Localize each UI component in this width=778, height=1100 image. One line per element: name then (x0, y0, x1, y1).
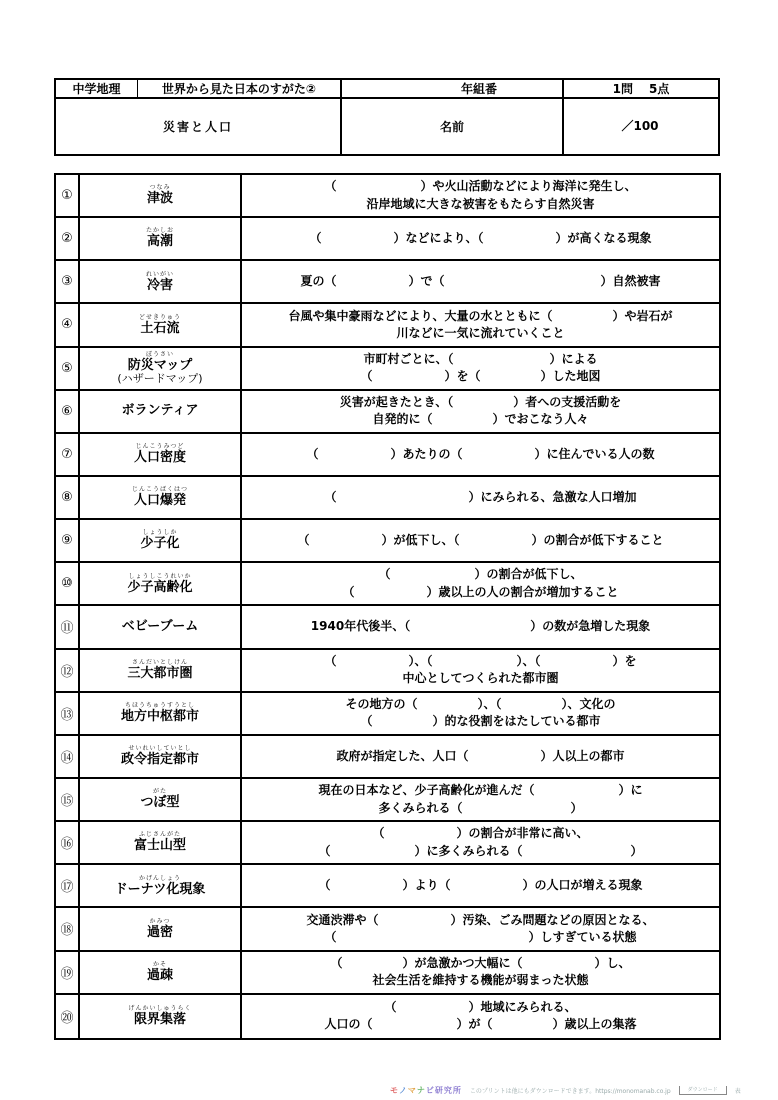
question-description[interactable]: 交通渋滞や（ ）汚染、ごみ問題などの原因となる、（ ）しすぎている状態 (242, 908, 719, 949)
question-number: ② (56, 218, 80, 259)
term-ruby: ぼうさい (146, 352, 174, 358)
question-term: がたつぼ型 (80, 779, 242, 820)
question-number: ⑦ (56, 434, 80, 475)
question-row: ②たかしお高潮（ ）などにより、（ ）が高くなる現象 (56, 218, 719, 261)
question-term: しょうしこうれいか少子高齢化 (80, 563, 242, 604)
question-description[interactable]: 政府が指定した、人口（ ）人以上の都市 (242, 736, 719, 777)
question-description[interactable]: 災害が起きたとき、（ ）者への支援活動を自発的に（ ）でおこなう人々 (242, 391, 719, 432)
term-label: 人口密度 (134, 451, 186, 465)
question-row: ⑬ちほうちゅうすうとし地方中枢都市その地方の（ ）、（ ）、文化の（ ）的な役割… (56, 693, 719, 736)
description-line: 中心としてつくられた都市圏 (402, 670, 558, 687)
description-line: 川などに一気に流れていくこと (396, 325, 564, 342)
score-field[interactable]: ／100 (564, 99, 718, 154)
unit-label: 世界から見た日本のすがた② (138, 80, 342, 99)
description-line: 災害が起きたとき、（ ）者への支援活動を (340, 394, 622, 411)
class-fields[interactable]: 年 組 番 (342, 80, 564, 99)
term-label: 三大都市圏 (127, 667, 192, 681)
question-term: ちほうちゅうすうとし地方中枢都市 (80, 693, 242, 734)
term-label: 地方中枢都市 (121, 710, 199, 724)
term-label: 高潮 (147, 235, 173, 249)
description-line: 人口の（ ）が（ ）歳以上の集落 (324, 1016, 636, 1033)
question-number: ⑫ (56, 650, 80, 691)
download-box: ダウンロード (679, 1086, 727, 1095)
description-line: 台風や集中豪雨などにより、大量の水とともに（ ）や岩石が (288, 308, 672, 325)
description-line: 多くみられる（ ） (378, 800, 582, 817)
term-label: 政令指定都市 (121, 753, 199, 767)
description-line: （ ）の割合が非常に高い、 (372, 825, 588, 842)
description-line: 自発的に（ ）でおこなう人々 (372, 411, 588, 428)
description-line: （ ）、（ ）、（ ）を (324, 653, 636, 670)
question-term: せいれいしていとし政令指定都市 (80, 736, 242, 777)
question-term: じんこうみつど人口密度 (80, 434, 242, 475)
description-line: （ ）あたりの（ ）に住んでいる人の数 (306, 446, 654, 463)
question-number: ④ (56, 304, 80, 345)
question-term: かみつ過密 (80, 908, 242, 949)
question-term: つなみ津波 (80, 175, 242, 216)
term-subtitle: (ハザードマップ) (117, 373, 202, 385)
question-number: ⑩ (56, 563, 80, 604)
question-term: どせきりゅう土石流 (80, 304, 242, 345)
question-description[interactable]: （ ）にみられる、急激な人口増加 (242, 477, 719, 518)
question-description[interactable]: （ ）などにより、（ ）が高くなる現象 (242, 218, 719, 259)
term-label: 冷害 (147, 279, 173, 293)
term-label: 土石流 (140, 322, 179, 336)
question-number: ⑲ (56, 952, 80, 993)
question-number: ⑨ (56, 520, 80, 561)
question-number: ⑯ (56, 822, 80, 863)
points-info: 1問 5点 (564, 80, 718, 99)
question-row: ③れいがい冷害夏の（ ）で（ ）自然被害 (56, 261, 719, 304)
footer: モノマナビ研究所 このプリントは他にもダウンロードできます。https://mo… (390, 1083, 770, 1097)
question-row: ⑫さんだいとしけん三大都市圏（ ）、（ ）、（ ）を中心としてつくられた都市圏 (56, 650, 719, 693)
question-row: ⑪ベビーブーム1940年代後半、（ ）の数が急増した現象 (56, 606, 719, 649)
year-label: 年 (461, 80, 473, 97)
number-label: 番 (485, 80, 497, 97)
question-number: ③ (56, 261, 80, 302)
description-line: （ ）に多くみられる（ ） (318, 843, 642, 860)
term-label: ベビーブーム (122, 620, 198, 634)
question-table: ①つなみ津波（ ）や火山活動などにより海洋に発生し、沿岸地域に大きな被害をもたら… (54, 173, 721, 1040)
question-description[interactable]: （ ）より（ ）の人口が増える現象 (242, 865, 719, 906)
question-description[interactable]: （ ）の割合が低下し、（ ）歳以上の人の割合が増加すること (242, 563, 719, 604)
term-label: 人口爆発 (134, 494, 186, 508)
worksheet-header: 中学地理 世界から見た日本のすがた② 年 組 番 1問 5点 災害と人口 名前 … (54, 78, 720, 156)
term-ruby: れいがい (146, 272, 174, 278)
question-number: ⑭ (56, 736, 80, 777)
term-label: 少子化 (140, 537, 179, 551)
description-line: （ ）や火山活動などにより海洋に発生し、 (324, 178, 636, 195)
question-row: ④どせきりゅう土石流台風や集中豪雨などにより、大量の水とともに（ ）や岩石が川な… (56, 304, 719, 347)
question-description[interactable]: （ ）が急激かつ大幅に（ ）し、社会生活を維持する機能が弱まった状態 (242, 952, 719, 993)
term-label: 防災マップ (128, 359, 192, 373)
question-term: さんだいとしけん三大都市圏 (80, 650, 242, 691)
question-number: ⑮ (56, 779, 80, 820)
description-line: （ ）にみられる、急激な人口増加 (324, 489, 636, 506)
question-description[interactable]: （ ）、（ ）、（ ）を中心としてつくられた都市圏 (242, 650, 719, 691)
term-ruby: かげんしょう (139, 876, 181, 882)
name-label: 名前 (440, 118, 464, 135)
question-description[interactable]: （ ）地域にみられる、人口の（ ）が（ ）歳以上の集落 (242, 995, 719, 1038)
question-description[interactable]: （ ）が低下し、（ ）の割合が低下すること (242, 520, 719, 561)
question-number: ⑰ (56, 865, 80, 906)
name-field[interactable]: 名前 (342, 99, 564, 154)
question-term: げんかいしゅうらく限界集落 (80, 995, 242, 1038)
per-question-label: 1問 (613, 80, 633, 97)
description-line: （ ）が低下し、（ ）の割合が低下すること (297, 532, 663, 549)
description-line: その地方の（ ）、（ ）、文化の (345, 696, 615, 713)
description-line: 社会生活を維持する機能が弱まった状態 (372, 972, 588, 989)
question-description[interactable]: （ ）の割合が非常に高い、（ ）に多くみられる（ ） (242, 822, 719, 863)
question-description[interactable]: 市町村ごとに、（ ）による（ ）を（ ）した地図 (242, 348, 719, 389)
question-row: ⑮がたつぼ型現在の日本など、少子高齢化が進んだ（ ）に多くみられる（ ） (56, 779, 719, 822)
class-label: 組 (473, 80, 485, 97)
term-label: 過密 (147, 926, 173, 940)
question-number: ⑳ (56, 995, 80, 1038)
question-row: ⑯ふじさんがた富士山型（ ）の割合が非常に高い、（ ）に多くみられる（ ） (56, 822, 719, 865)
description-line: （ ）しすぎている状態 (324, 929, 636, 946)
term-label: ボランティア (122, 404, 199, 418)
description-line: （ ）より（ ）の人口が増える現象 (318, 877, 642, 894)
question-number: ⑥ (56, 391, 80, 432)
question-term: ふじさんがた富士山型 (80, 822, 242, 863)
description-line: （ ）歳以上の人の割合が増加すること (342, 584, 618, 601)
brand-logo: モノマナビ研究所 (390, 1085, 462, 1096)
term-label: 少子高齢化 (127, 581, 192, 595)
description-line: 現在の日本など、少子高齢化が進んだ（ ）に (318, 782, 642, 799)
question-term: ぼうさい防災マップ(ハザードマップ) (80, 348, 242, 389)
page-title: 災害と人口 (56, 99, 342, 154)
question-number: ⑧ (56, 477, 80, 518)
description-line: 交通渋滞や（ ）汚染、ごみ問題などの原因となる、 (306, 912, 654, 929)
term-ruby: しょうしこうれいか (128, 574, 191, 580)
question-row: ⑳げんかいしゅうらく限界集落（ ）地域にみられる、人口の（ ）が（ ）歳以上の集… (56, 995, 719, 1038)
question-term: れいがい冷害 (80, 261, 242, 302)
term-ruby: どせきりゅう (139, 315, 181, 321)
question-row: ①つなみ津波（ ）や火山活動などにより海洋に発生し、沿岸地域に大きな被害をもたら… (56, 175, 719, 218)
page-side-label: 表 (735, 1086, 741, 1095)
question-row: ⑭せいれいしていとし政令指定都市政府が指定した、人口（ ）人以上の都市 (56, 736, 719, 779)
question-term: ボランティア (80, 391, 242, 432)
description-line: 1940年代後半、（ ）の数が急増した現象 (311, 618, 650, 635)
question-description[interactable]: 台風や集中豪雨などにより、大量の水とともに（ ）や岩石が川などに一気に流れていく… (242, 304, 719, 345)
description-line: （ ）の割合が低下し、 (378, 566, 582, 583)
term-ruby: かそ (153, 962, 167, 968)
question-description[interactable]: 1940年代後半、（ ）の数が急増した現象 (242, 606, 719, 647)
question-row: ⑤ぼうさい防災マップ(ハザードマップ)市町村ごとに、（ ）による（ ）を（ ）し… (56, 348, 719, 391)
question-term: じんこうばくはつ人口爆発 (80, 477, 242, 518)
question-description[interactable]: （ ）あたりの（ ）に住んでいる人の数 (242, 434, 719, 475)
description-line: 市町村ごとに、（ ）による (363, 351, 597, 368)
term-label: 限界集落 (134, 1013, 186, 1027)
question-row: ⑥ボランティア災害が起きたとき、（ ）者への支援活動を自発的に（ ）でおこなう人… (56, 391, 719, 434)
footer-note: このプリントは他にもダウンロードできます。https://monomanab.c… (470, 1086, 671, 1095)
question-row: ⑨しょうしか少子化（ ）が低下し、（ ）の割合が低下すること (56, 520, 719, 563)
points-label: 5点 (649, 80, 669, 97)
question-description[interactable]: 夏の（ ）で（ ）自然被害 (242, 261, 719, 302)
question-row: ⑲かそ過疎（ ）が急激かつ大幅に（ ）し、社会生活を維持する機能が弱まった状態 (56, 952, 719, 995)
question-term: たかしお高潮 (80, 218, 242, 259)
question-row: ⑰かげんしょうドーナツ化現象（ ）より（ ）の人口が増える現象 (56, 865, 719, 908)
term-label: 津波 (147, 192, 173, 206)
question-row: ⑦じんこうみつど人口密度（ ）あたりの（ ）に住んでいる人の数 (56, 434, 719, 477)
question-row: ⑩しょうしこうれいか少子高齢化（ ）の割合が低下し、（ ）歳以上の人の割合が増加… (56, 563, 719, 606)
question-description[interactable]: 現在の日本など、少子高齢化が進んだ（ ）に多くみられる（ ） (242, 779, 719, 820)
term-ruby: かみつ (150, 919, 171, 925)
question-row: ⑱かみつ過密交通渋滞や（ ）汚染、ごみ問題などの原因となる、（ ）しすぎている状… (56, 908, 719, 951)
term-label: 富士山型 (134, 839, 186, 853)
question-number: ⑤ (56, 348, 80, 389)
question-number: ⑪ (56, 606, 80, 647)
description-line: （ ）が急激かつ大幅に（ ）し、 (330, 955, 630, 972)
question-description[interactable]: その地方の（ ）、（ ）、文化の（ ）的な役割をはたしている都市 (242, 693, 719, 734)
question-term: かそ過疎 (80, 952, 242, 993)
question-number: ⑱ (56, 908, 80, 949)
description-line: 夏の（ ）で（ ）自然被害 (300, 273, 660, 290)
description-line: （ ）地域にみられる、 (384, 999, 576, 1016)
description-line: （ ）を（ ）した地図 (360, 368, 600, 385)
question-row: ⑧じんこうばくはつ人口爆発（ ）にみられる、急激な人口増加 (56, 477, 719, 520)
description-line: 沿岸地域に大きな被害をもたらす自然災害 (366, 196, 594, 213)
question-term: ベビーブーム (80, 606, 242, 647)
score-total: ／100 (621, 117, 658, 134)
question-number: ⑬ (56, 693, 80, 734)
question-description[interactable]: （ ）や火山活動などにより海洋に発生し、沿岸地域に大きな被害をもたらす自然災害 (242, 175, 719, 216)
term-label: つぼ型 (140, 796, 179, 810)
subject-label: 中学地理 (56, 80, 138, 99)
description-line: （ ）的な役割をはたしている都市 (360, 713, 600, 730)
description-line: 政府が指定した、人口（ ）人以上の都市 (336, 748, 624, 765)
question-number: ① (56, 175, 80, 216)
term-label: 過疎 (147, 969, 173, 983)
term-ruby: さんだいとしけん (132, 660, 188, 666)
question-term: しょうしか少子化 (80, 520, 242, 561)
description-line: （ ）などにより、（ ）が高くなる現象 (309, 230, 651, 247)
question-term: かげんしょうドーナツ化現象 (80, 865, 242, 906)
term-label: ドーナツ化現象 (115, 883, 206, 897)
